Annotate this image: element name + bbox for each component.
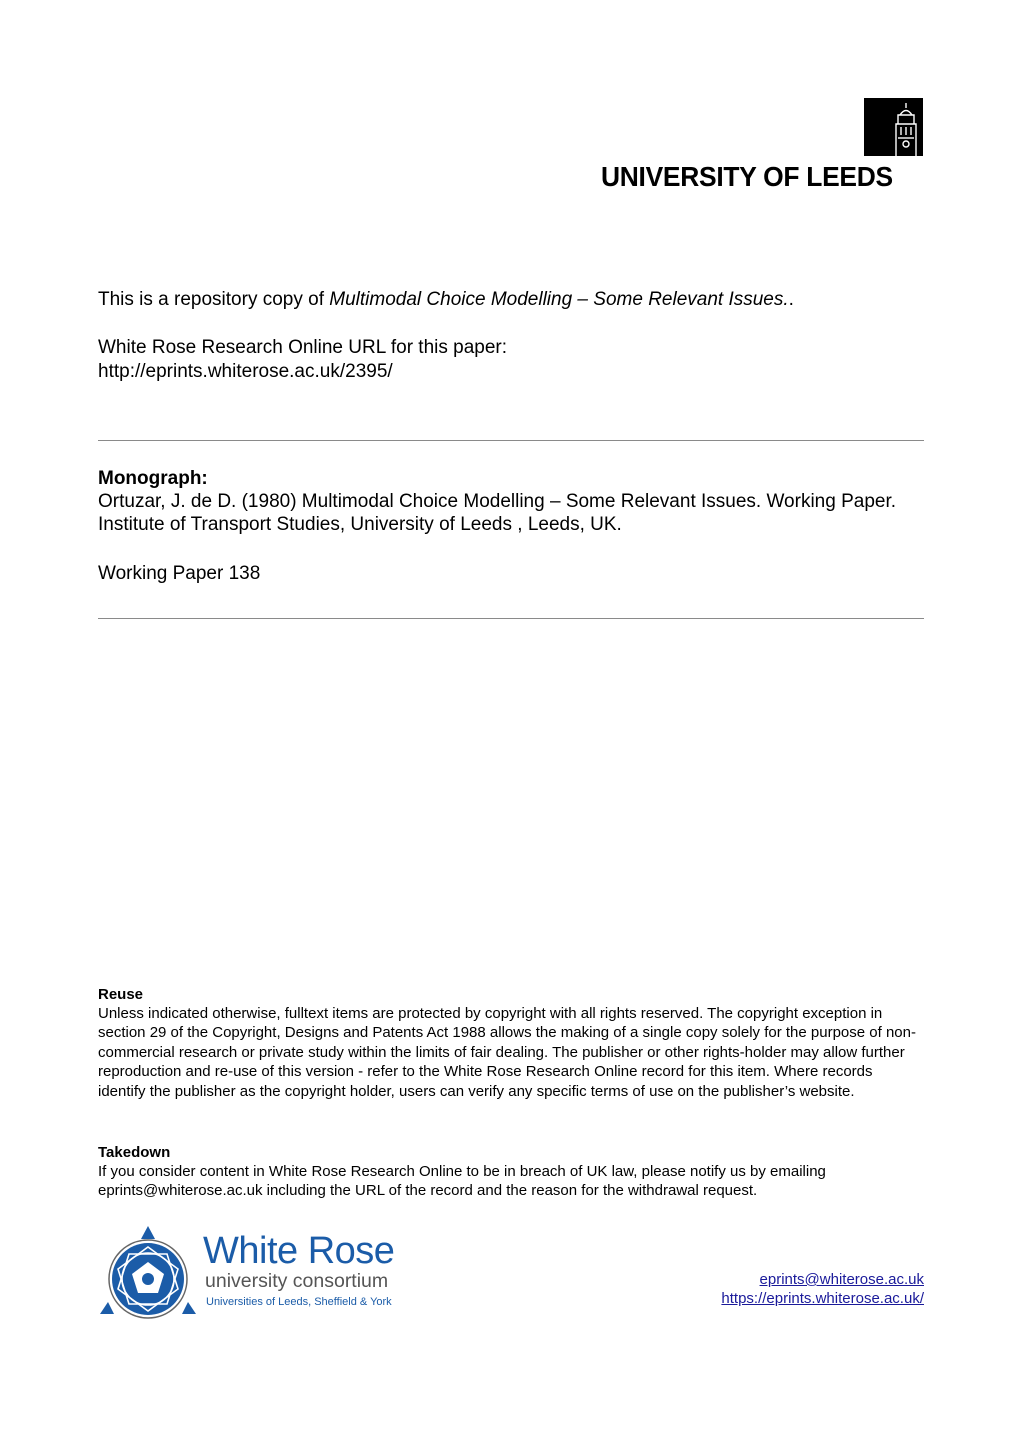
reuse-body: Unless indicated otherwise, fulltext ite… <box>98 1004 924 1101</box>
repo-prefix: This is a repository copy of <box>98 289 329 310</box>
reuse-heading: Reuse <box>98 985 924 1004</box>
paper-url[interactable]: http://eprints.whiterose.ac.uk/2395/ <box>98 360 393 383</box>
white-rose-title: White Rose <box>203 1230 394 1272</box>
divider <box>98 440 924 441</box>
white-rose-subtitle: university consortium <box>205 1270 388 1292</box>
working-paper-number: Working Paper 138 <box>98 562 260 585</box>
divider <box>98 618 924 619</box>
monograph-heading: Monograph: <box>98 467 208 490</box>
takedown-body: If you consider content in White Rose Re… <box>98 1162 924 1201</box>
white-rose-tagline: Universities of Leeds, Sheffield & York <box>206 1295 392 1309</box>
takedown-heading: Takedown <box>98 1143 924 1162</box>
url-label: White Rose Research Online URL for this … <box>98 336 507 359</box>
university-name-logo: UNIVERSITY OF LEEDS <box>601 162 911 192</box>
repo-suffix: . <box>789 289 794 310</box>
repository-copy-line: This is a repository copy of Multimodal … <box>98 288 794 311</box>
contact-email-link[interactable]: eprints@whiterose.ac.uk <box>760 1270 924 1289</box>
leeds-tower-logo-icon <box>864 98 923 156</box>
citation: Ortuzar, J. de D. (1980) Multimodal Choi… <box>98 490 924 536</box>
paper-title: Multimodal Choice Modelling – Some Relev… <box>329 289 788 310</box>
repository-website-link[interactable]: https://eprints.whiterose.ac.uk/ <box>721 1289 924 1308</box>
white-rose-emblem-icon <box>98 1224 198 1324</box>
